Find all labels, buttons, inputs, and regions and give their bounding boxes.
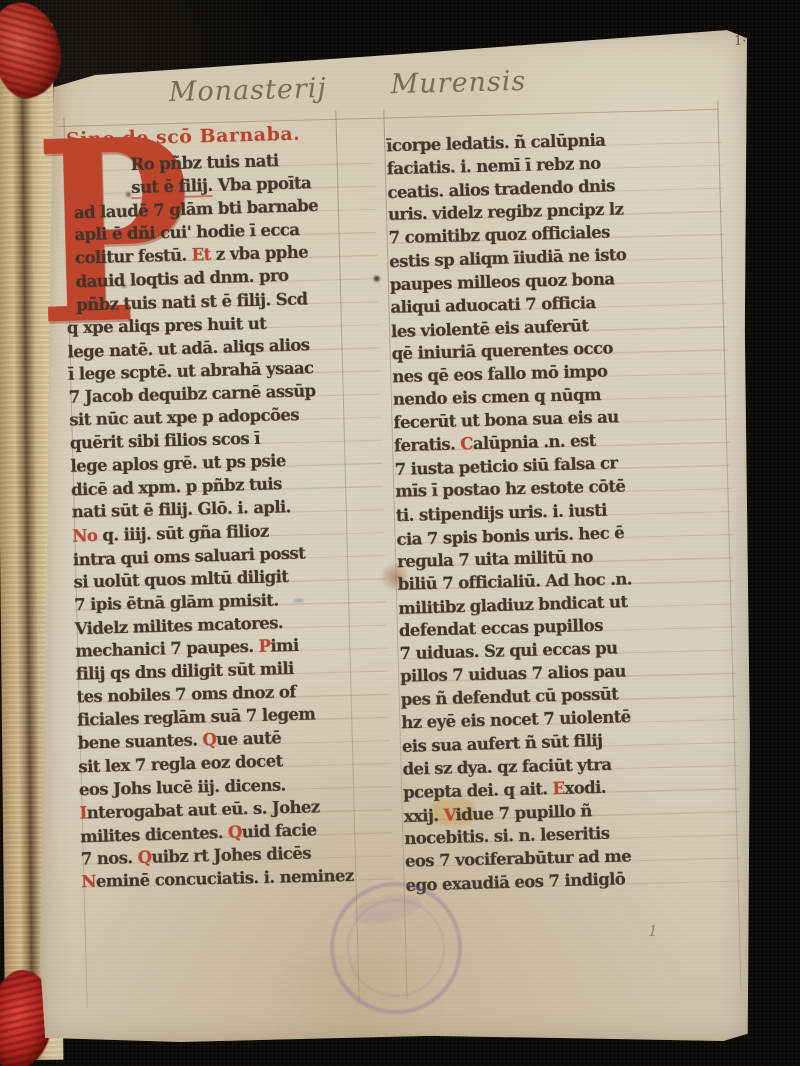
library-stamp xyxy=(330,882,462,1014)
manuscript-photo: Monasterij Murensis Sino de scō Barnaba.… xyxy=(0,0,800,1066)
left-text-column: Ro pñbz tuis natisut ē filij. Vba ppoīta… xyxy=(62,147,393,894)
folio-number-bottom: 1 xyxy=(648,922,658,940)
ink-dot xyxy=(374,276,380,282)
ownership-inscription-right: Murensis xyxy=(390,66,526,101)
right-text-column: īcorpe ledatis. ñ calūpniafaciatis. i. n… xyxy=(386,126,742,897)
ownership-inscription-left: Monasterij xyxy=(168,73,327,108)
folio-number-top: 1· xyxy=(734,34,746,49)
